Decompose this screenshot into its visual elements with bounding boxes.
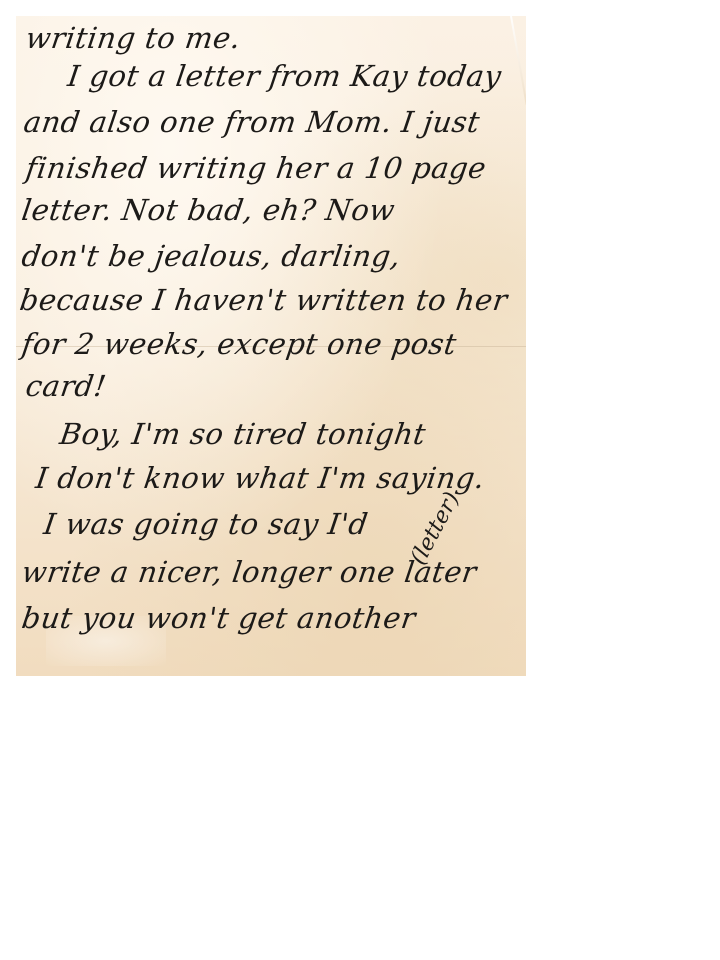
letter-line: but you won't get another [20,604,418,633]
letter-line: because I haven't written to her [18,286,509,315]
letter-line: letter. Not bad, eh? Now [20,196,397,225]
letter-line: for 2 weeks, except one post [20,330,458,359]
letter-line: write a nicer, longer one later [20,558,479,587]
letter-line: Boy, I'm so tired tonight [58,420,428,449]
letter-page: writing to me. I got a letter from Kay t… [16,16,526,676]
letter-line: writing to me. [24,24,243,53]
letter-line: and also one from Mom. I just [22,108,482,137]
paper-crease [510,16,526,105]
letter-line: I don't know what I'm saying. [34,464,487,493]
letter-line: I got a letter from Kay today [66,62,503,91]
letter-line: card! [24,372,108,401]
letter-line: I was going to say I'd [42,510,370,539]
letter-line: finished writing her a 10 page [24,154,488,183]
letter-line: don't be jealous, darling, [20,242,402,271]
